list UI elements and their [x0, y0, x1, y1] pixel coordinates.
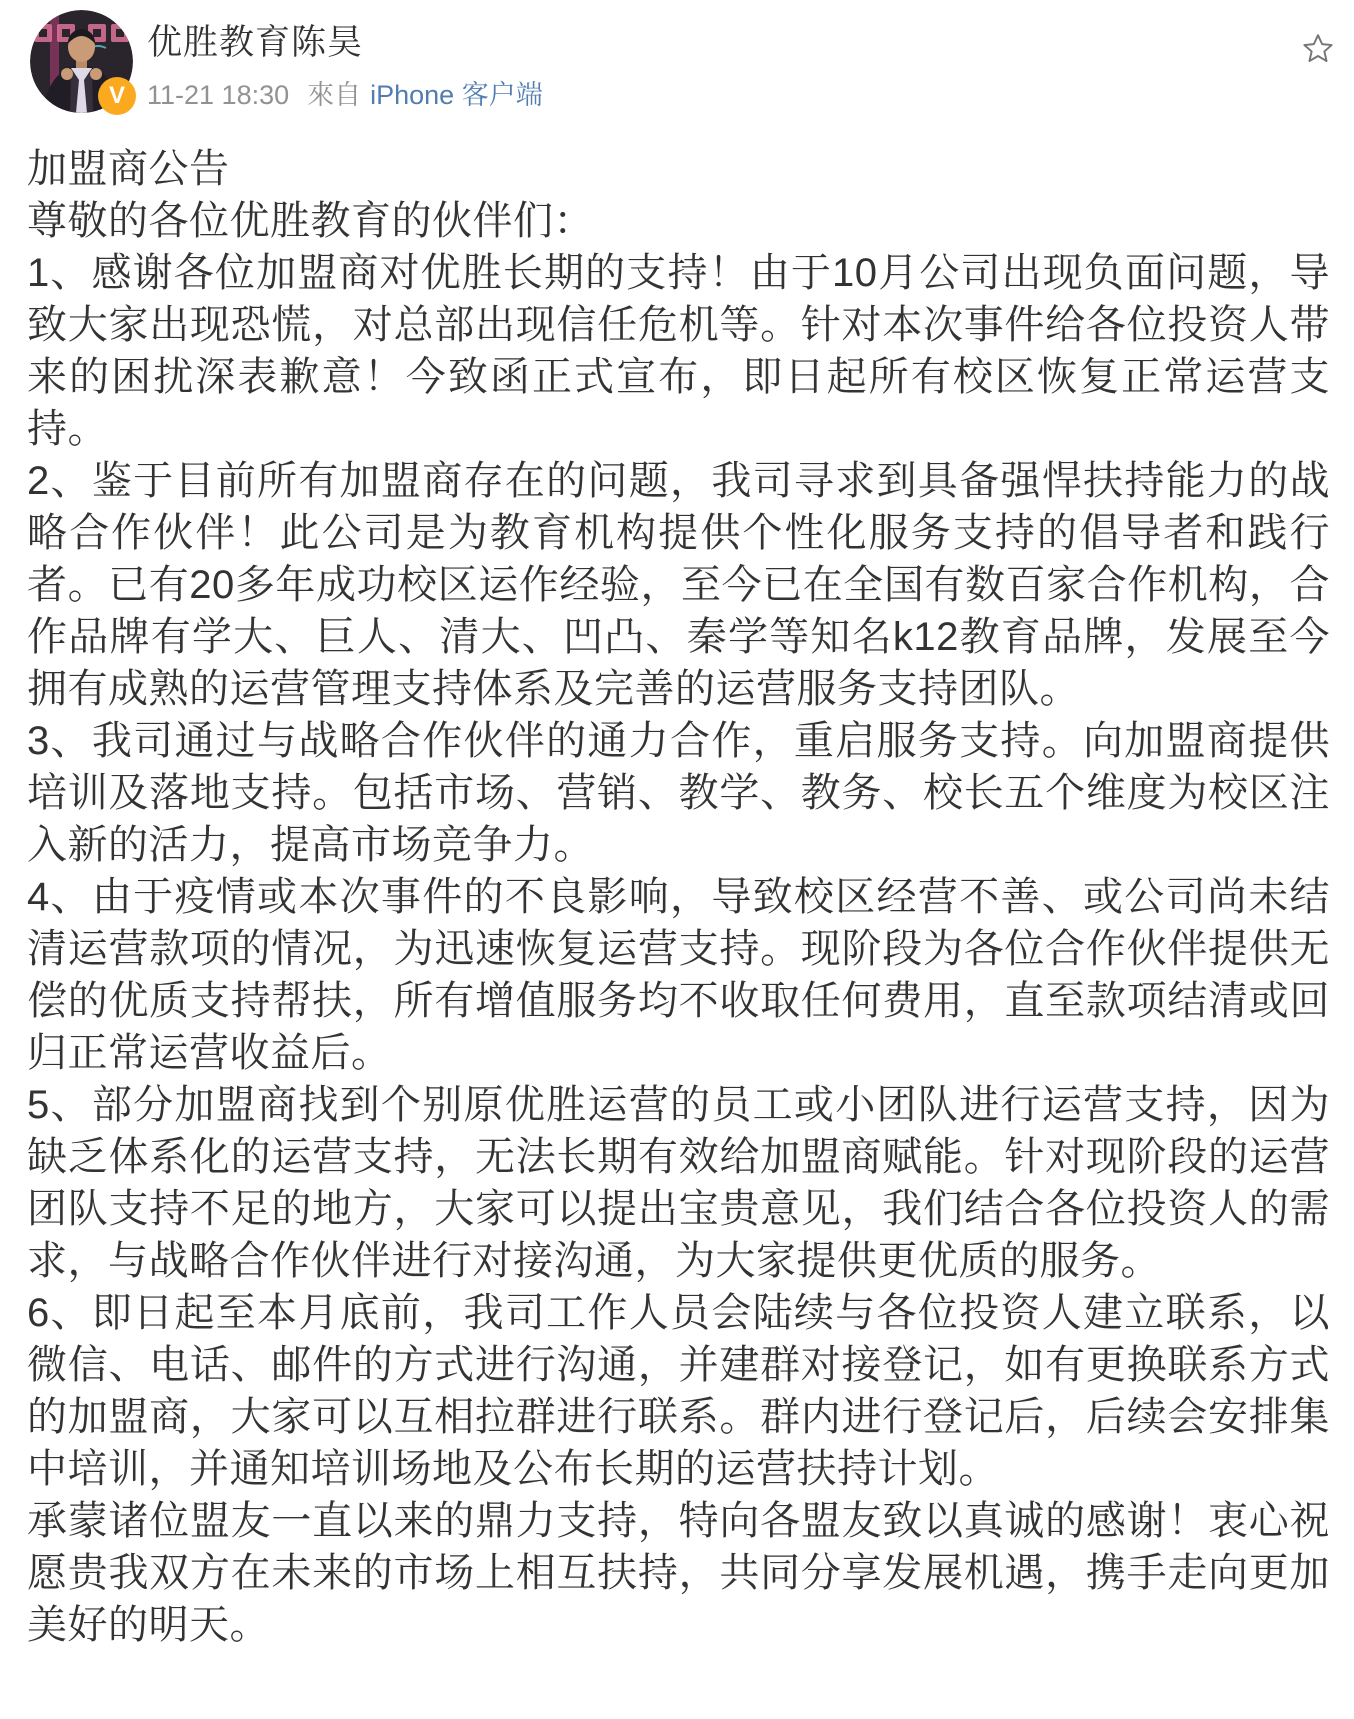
post-paragraph: 2、鉴于目前所有加盟商存在的问题，我司寻求到具备强悍扶持能力的战略合作伙伴！此公…	[27, 455, 1330, 715]
username[interactable]: 优胜教育陈昊	[147, 23, 1287, 63]
post-paragraph: 加盟商公告	[27, 143, 1330, 195]
avatar[interactable]: V	[30, 10, 133, 113]
post-paragraph: 5、部分加盟商找到个别原优胜运营的员工或小团队进行运营支持，因为缺乏体系化的运营…	[27, 1079, 1330, 1287]
post-header: V 优胜教育陈昊 11-21 18:30 來自 iPhone 客户端	[0, 0, 1354, 113]
post-paragraph: 3、我司通过与战略合作伙伴的通力合作，重启服务支持。向加盟商提供培训及落地支持。…	[27, 715, 1330, 871]
post-paragraph: 尊敬的各位优胜教育的伙伴们：	[27, 195, 1330, 247]
favorite-star-icon[interactable]	[1299, 30, 1337, 68]
post-paragraph: 承蒙诸位盟友一直以来的鼎力支持，特向各盟友致以真诚的感谢！衷心祝愿贵我双方在未来…	[27, 1495, 1330, 1651]
header-text: 优胜教育陈昊 11-21 18:30 來自 iPhone 客户端	[147, 10, 1287, 111]
source-prefix: 來自	[307, 79, 361, 111]
post-meta: 11-21 18:30 來自 iPhone 客户端	[147, 79, 1287, 111]
post-paragraph: 1、感谢各位加盟商对优胜长期的支持！由于10月公司出现负面问题，导致大家出现恐慌…	[27, 247, 1330, 455]
post-paragraph: 4、由于疫情或本次事件的不良影响，导致校区经营不善、或公司尚未结清运营款项的情况…	[27, 871, 1330, 1079]
post-paragraph: 6、即日起至本月底前，我司工作人员会陆续与各位投资人建立联系，以微信、电话、邮件…	[27, 1287, 1330, 1495]
timestamp: 11-21 18:30	[147, 79, 289, 111]
source-link[interactable]: iPhone 客户端	[370, 79, 543, 111]
verified-badge-icon: V	[98, 77, 136, 115]
post-content: 加盟商公告 尊敬的各位优胜教育的伙伴们： 1、感谢各位加盟商对优胜长期的支持！由…	[0, 113, 1354, 1711]
weibo-post-page: V 优胜教育陈昊 11-21 18:30 來自 iPhone 客户端 加盟商公告…	[0, 0, 1354, 1719]
